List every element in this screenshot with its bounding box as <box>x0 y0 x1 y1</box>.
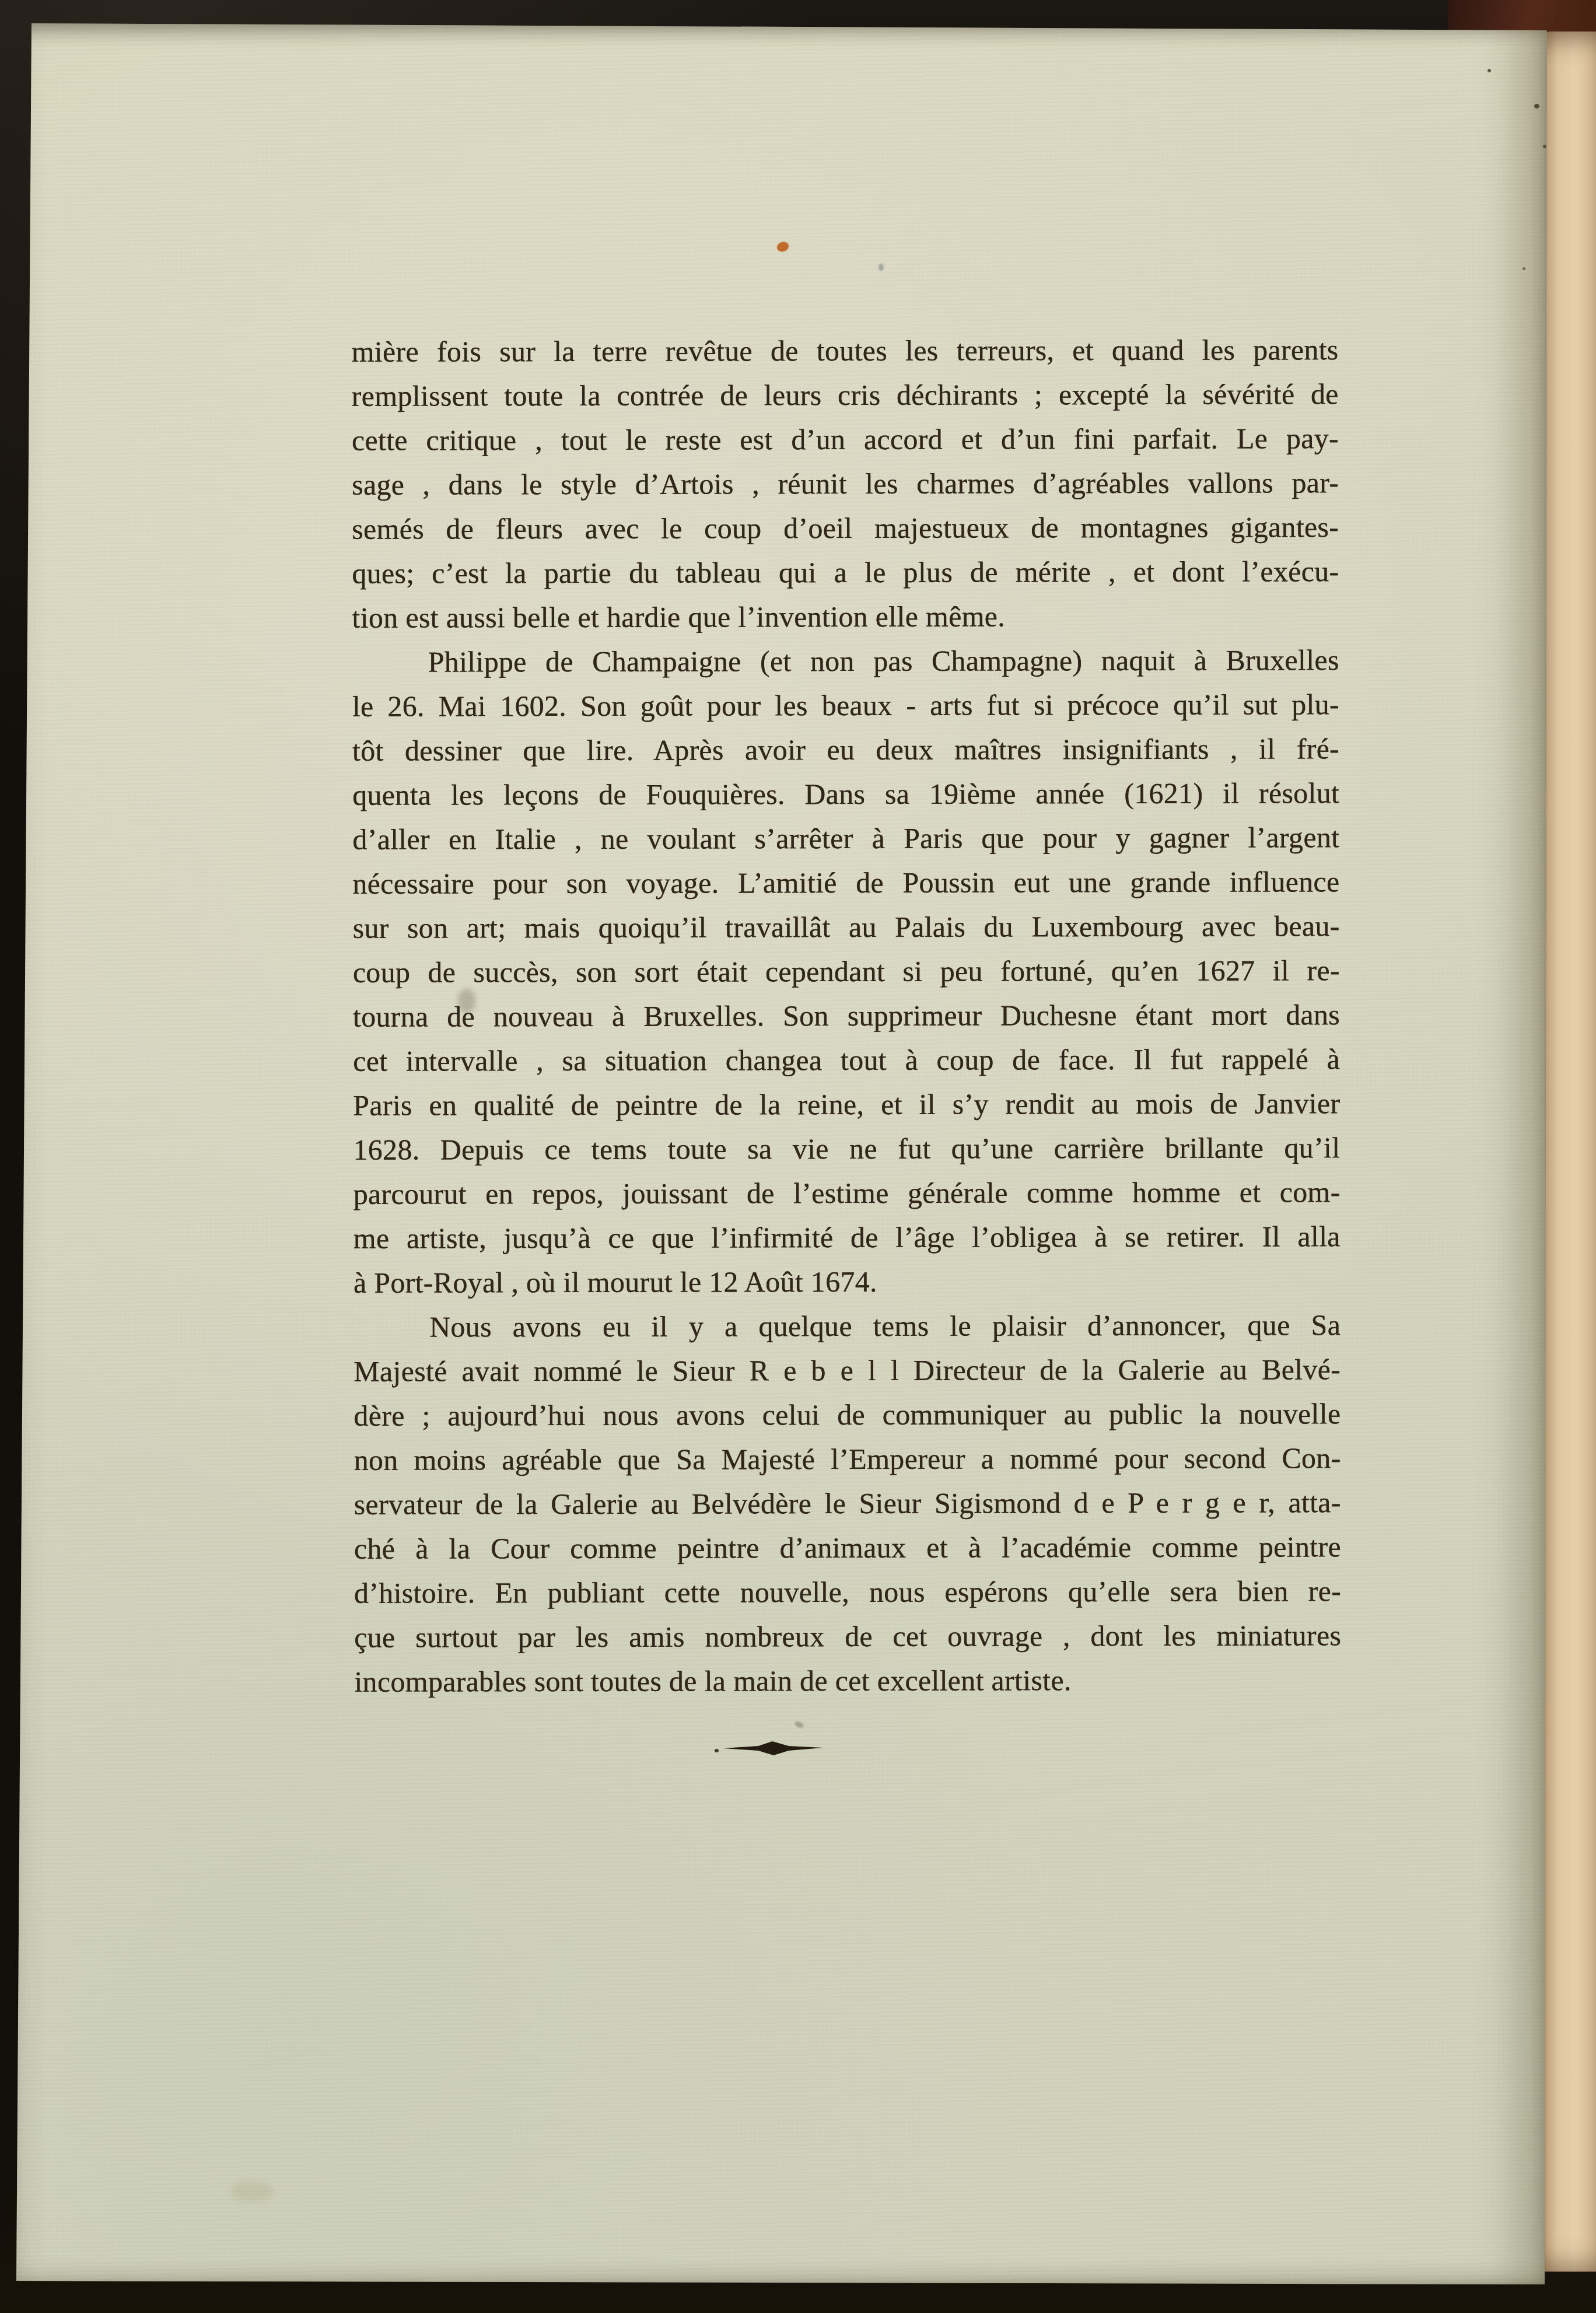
text-line: tion est aussi belle et hardie que l’inv… <box>352 593 1339 640</box>
text-line: à Port-Royal , où il mourut le 12 Août 1… <box>353 1258 1340 1305</box>
text-line: quenta les leçons de Fouquières. Dans sa… <box>352 771 1339 817</box>
text-line: mière fois sur la terre revêtue de toute… <box>352 327 1339 374</box>
adjacent-page-edge <box>1540 32 1596 2272</box>
orange-speck <box>776 240 790 253</box>
end-rule-icon <box>723 1740 824 1757</box>
text-line: incomparables sont toutes de la main de … <box>354 1657 1341 1704</box>
text-line: coup de succès, son sort était cependant… <box>353 948 1340 995</box>
ink-smudge <box>458 989 475 1013</box>
text-line: servateur de la Galerie au Belvédère le … <box>354 1480 1341 1527</box>
text-column: mière fois sur la terre revêtue de toute… <box>352 327 1342 1704</box>
text-line: sur son art; mais quoiqu’il travaillât a… <box>353 904 1340 950</box>
foxing-dot <box>1487 69 1491 72</box>
text-line: tourna de nouveau à Bruxelles. Son suppr… <box>353 992 1340 1039</box>
text-line: ques; c’est la partie du tableau qui a l… <box>352 549 1339 596</box>
paper-edge-highlight <box>5 23 20 2284</box>
text-line: le 26. Mai 1602. Son goût pour les beaux… <box>352 682 1339 729</box>
foxing-dot <box>1534 104 1539 109</box>
text-line: dère ; aujourd’hui nous avons celui de c… <box>353 1391 1340 1438</box>
foxing-dot <box>1522 267 1525 270</box>
foxing-dot <box>1543 145 1546 148</box>
text-line: cette critique , tout le reste est d’un … <box>352 416 1339 463</box>
section-end-rule <box>723 1740 824 1757</box>
text-line: semés de fleurs avec le coup d’oeil maje… <box>352 505 1339 551</box>
text-line: tôt dessiner que lire. Après avoir eu de… <box>352 726 1339 773</box>
text-line: Nous avons eu il y a quelque tems le pla… <box>353 1303 1340 1349</box>
paper-stain <box>230 2182 274 2202</box>
paragraph: Philippe de Champaigne (et non pas Champ… <box>352 638 1340 1305</box>
text-line: me artiste, jusqu’à ce que l’infirmité d… <box>353 1214 1340 1261</box>
text-line: nécessaire pour son voyage. L’amitié de … <box>352 859 1339 906</box>
text-line: 1628. Depuis ce tems toute sa vie ne fut… <box>353 1125 1340 1172</box>
text-line: d’aller en Italie , ne voulant s’arrêter… <box>352 815 1339 862</box>
text-line: Majesté avait nommé le Sieur R e b e l l… <box>353 1347 1340 1394</box>
text-line: non moins agréable que Sa Majesté l’Empe… <box>354 1436 1341 1482</box>
end-rule-dot <box>715 1749 719 1752</box>
page-paper: mière fois sur la terre revêtue de toute… <box>5 23 1547 2284</box>
scanned-book-page: mière fois sur la terre revêtue de toute… <box>0 0 1596 2313</box>
text-line: d’histoire. En publiant cette nouvelle, … <box>354 1569 1341 1615</box>
text-line: parcourut en repos, jouissant de l’estim… <box>353 1170 1340 1216</box>
text-line: cet intervalle , sa situation changea to… <box>353 1037 1340 1083</box>
text-line: çue surtout par les amis nombreux de cet… <box>354 1613 1341 1660</box>
text-line: remplissent toute la contrée de leurs cr… <box>352 372 1339 418</box>
faint-speck <box>878 264 884 271</box>
paragraph: mière fois sur la terre revêtue de toute… <box>352 327 1339 640</box>
paragraph: Nous avons eu il y a quelque tems le pla… <box>353 1303 1341 1704</box>
text-line: ché à la Cour comme peintre d’animaux et… <box>354 1524 1341 1571</box>
text-line: Paris en qualité de peintre de la reine,… <box>353 1081 1340 1128</box>
faint-smudge <box>794 1720 804 1729</box>
text-line: sage , dans le style d’Artois , réunit l… <box>352 460 1339 507</box>
text-line: Philippe de Champaigne (et non pas Champ… <box>352 638 1339 684</box>
